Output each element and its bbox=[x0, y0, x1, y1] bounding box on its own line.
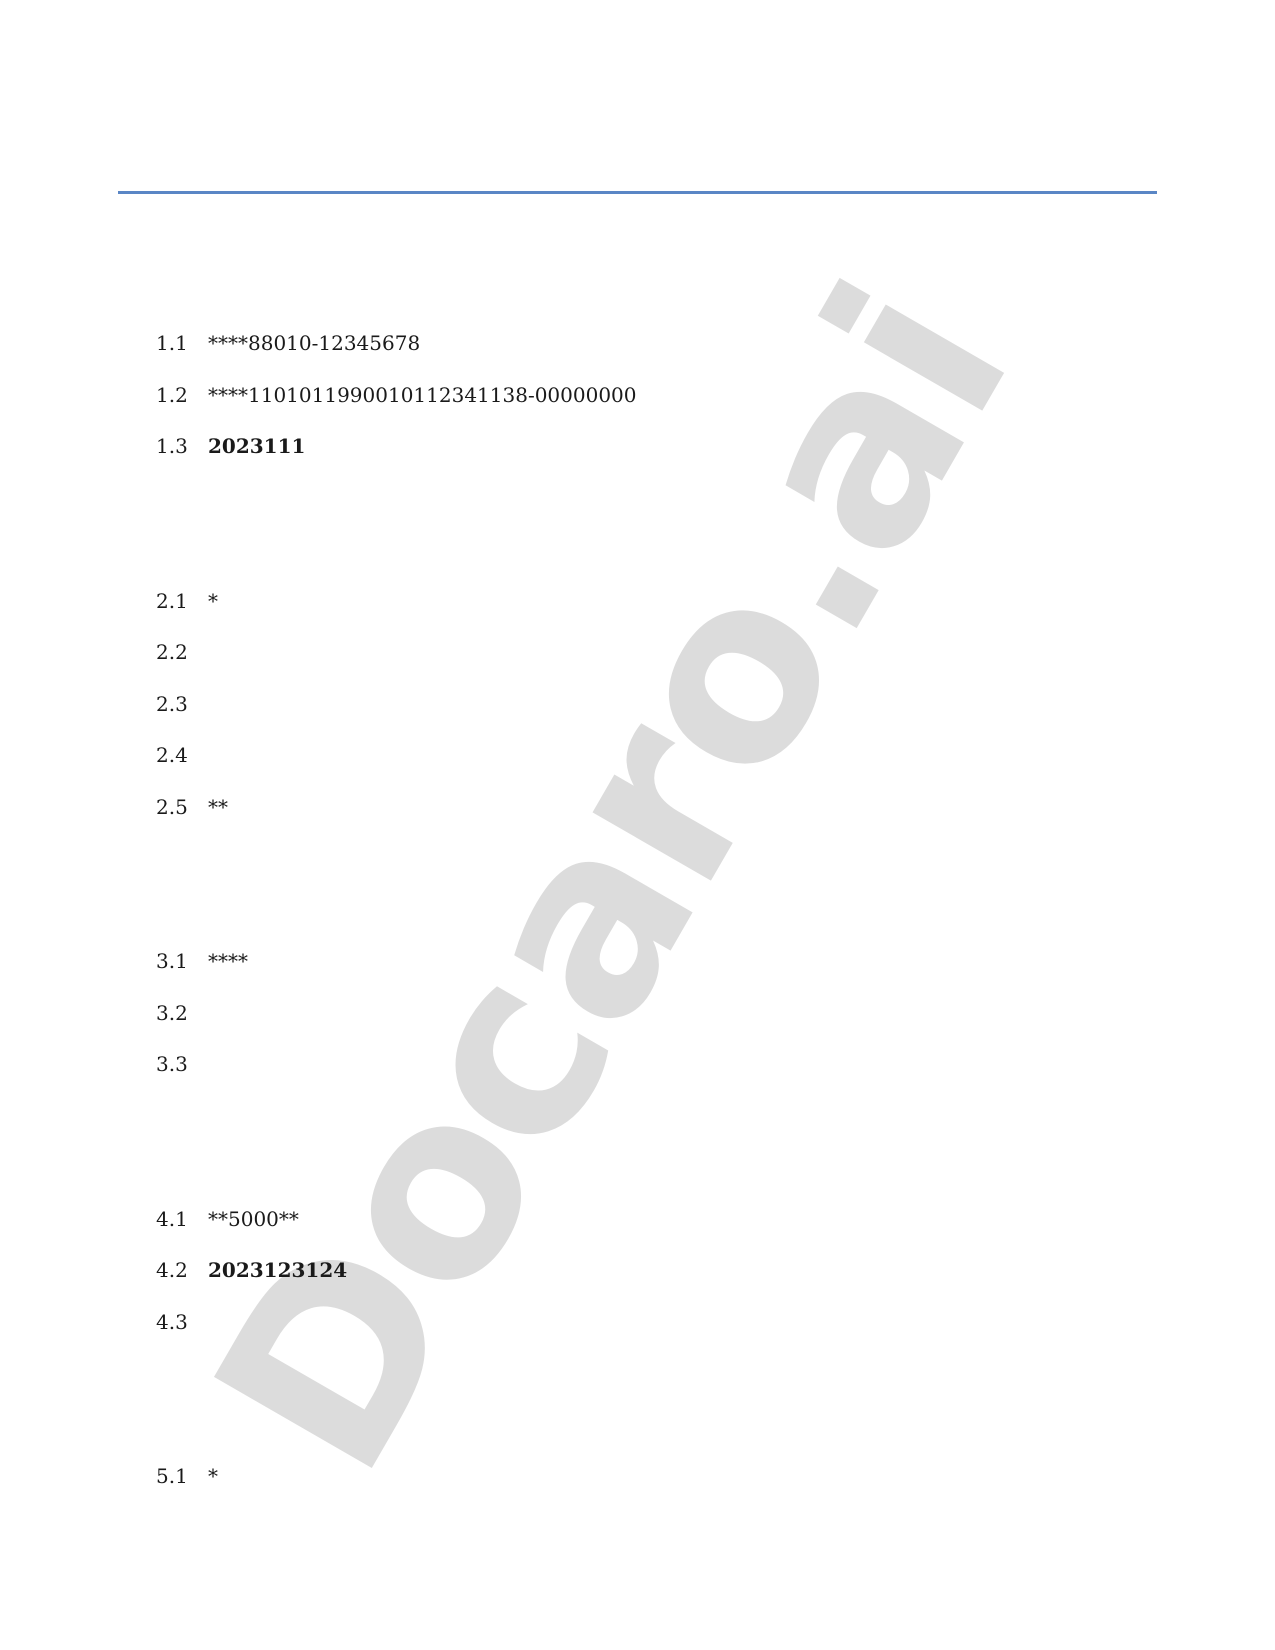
clause-number: 5.1 bbox=[156, 1460, 208, 1492]
clause-text: ****1101011990010112341138-00000000 bbox=[208, 379, 637, 411]
clause-text: **** bbox=[208, 945, 248, 977]
clause-text: ** bbox=[208, 791, 228, 823]
clause-text: 2023111 bbox=[208, 430, 305, 462]
header-rule bbox=[118, 191, 1157, 194]
clause-number: 3.2 bbox=[156, 997, 208, 1029]
clause-item: 2.2 bbox=[156, 636, 637, 688]
clause-number: 2.1 bbox=[156, 585, 208, 617]
clause-item: 4.1 **5000** bbox=[156, 1203, 637, 1255]
clause-item: 1.3 2023111 bbox=[156, 430, 637, 482]
clause-number: 1.3 bbox=[156, 430, 208, 462]
clause-number: 2.5 bbox=[156, 791, 208, 823]
clause-item: 2.1 * bbox=[156, 585, 637, 637]
clause-text: **5000** bbox=[208, 1203, 299, 1235]
clause-number: 4.3 bbox=[156, 1306, 208, 1338]
clause-item: 1.1 ****88010-12345678 bbox=[156, 327, 637, 379]
clause-item: 2.3 bbox=[156, 688, 637, 740]
section-4: 4.1 **5000** 4.2 2023123124 4.3 bbox=[156, 1203, 637, 1358]
section-2: 2.1 * 2.2 2.3 2.4 2.5 ** bbox=[156, 585, 637, 843]
clause-item: 2.4 bbox=[156, 739, 637, 791]
section-3: 3.1 **** 3.2 3.3 bbox=[156, 945, 637, 1100]
clause-number: 3.3 bbox=[156, 1048, 208, 1080]
clause-item: 3.2 bbox=[156, 997, 637, 1049]
clause-number: 2.4 bbox=[156, 739, 208, 771]
clause-item: 4.2 2023123124 bbox=[156, 1254, 637, 1306]
clause-text: * bbox=[208, 1460, 218, 1492]
clause-item: 5.1 * bbox=[156, 1460, 637, 1512]
clause-number: 3.1 bbox=[156, 945, 208, 977]
clause-number: 2.3 bbox=[156, 688, 208, 720]
clause-item: 2.5 ** bbox=[156, 791, 637, 843]
document-body: 1.1 ****88010-12345678 1.2 ****110101199… bbox=[156, 327, 637, 1512]
clause-item: 4.3 bbox=[156, 1306, 637, 1358]
clause-number: 2.2 bbox=[156, 636, 208, 668]
clause-text: ****88010-12345678 bbox=[208, 327, 420, 359]
section-5: 5.1 * bbox=[156, 1460, 637, 1512]
section-1: 1.1 ****88010-12345678 1.2 ****110101199… bbox=[156, 327, 637, 482]
clause-item: 3.3 bbox=[156, 1048, 637, 1100]
clause-text: * bbox=[208, 585, 218, 617]
clause-number: 1.1 bbox=[156, 327, 208, 359]
clause-item: 1.2 ****1101011990010112341138-00000000 bbox=[156, 379, 637, 431]
clause-number: 4.2 bbox=[156, 1254, 208, 1286]
clause-number: 1.2 bbox=[156, 379, 208, 411]
clause-number: 4.1 bbox=[156, 1203, 208, 1235]
clause-text: 2023123124 bbox=[208, 1254, 347, 1286]
clause-item: 3.1 **** bbox=[156, 945, 637, 997]
